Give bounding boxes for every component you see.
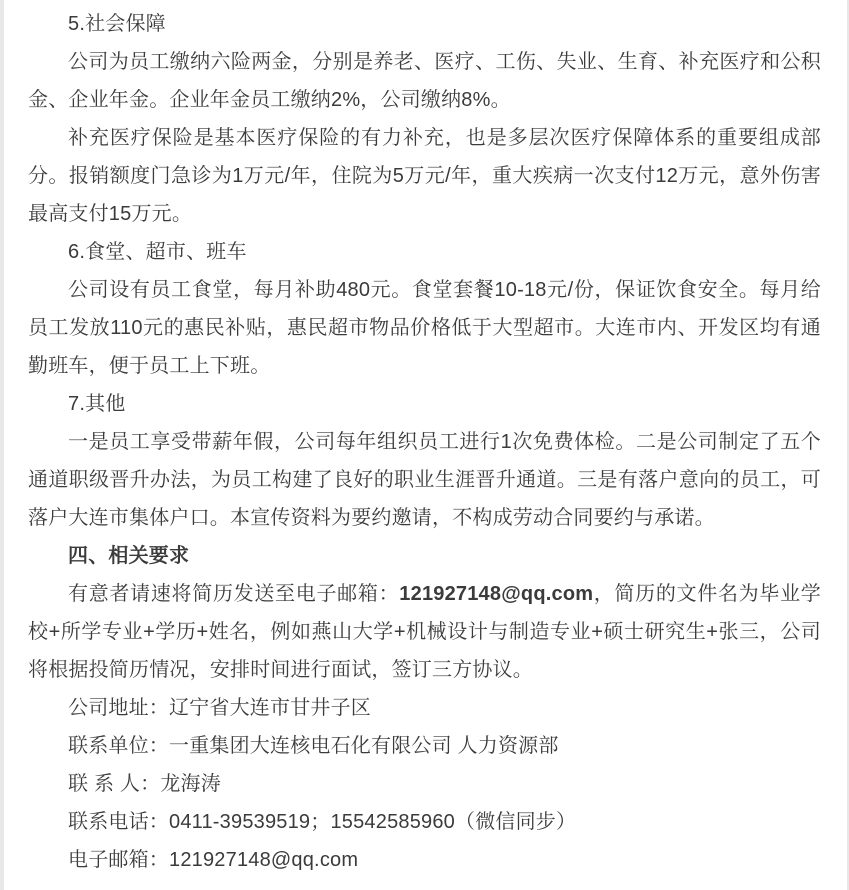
heading-others: 7.其他: [28, 385, 821, 423]
heading-canteen-market-shuttle: 6.食堂、超市、班车: [28, 233, 821, 271]
para-insurance-overview: 公司为员工缴纳六险两金，分别是养老、医疗、工伤、失业、生育、补充医疗和公积金、企…: [28, 43, 821, 119]
para-application-instructions: 有意者请速将简历发送至电子邮箱：121927148@qq.com，简历的文件名为…: [28, 575, 821, 689]
para-contact-unit: 联系单位：一重集团大连核电石化有限公司 人力资源部: [28, 727, 821, 765]
heading-requirements: 四、相关要求: [28, 537, 821, 575]
application-email: 121927148@qq.com: [399, 583, 593, 605]
application-instructions-pre: 有意者请速将简历发送至电子邮箱：: [68, 583, 399, 605]
para-canteen-details: 公司设有员工食堂，每月补助480元。食堂套餐10-18元/份，保证饮食安全。每月…: [28, 271, 821, 385]
para-contact-phone: 联系电话：0411-39539519；15542585960（微信同步）: [28, 803, 821, 841]
para-supplementary-medical: 补充医疗保险是基本医疗保险的有力补充，也是多层次医疗保障体系的重要组成部分。报销…: [28, 119, 821, 233]
document-page: 5.社会保障 公司为员工缴纳六险两金，分别是养老、医疗、工伤、失业、生育、补充医…: [4, 0, 847, 890]
para-company-address: 公司地址：辽宁省大连市甘井子区: [28, 689, 821, 727]
heading-social-security: 5.社会保障: [28, 5, 821, 43]
para-others-details: 一是员工享受带薪年假，公司每年组织员工进行1次免费体检。二是公司制定了五个通道职…: [28, 423, 821, 537]
para-contact-email: 电子邮箱：121927148@qq.com: [28, 841, 821, 879]
para-contact-person: 联 系 人：龙海涛: [28, 765, 821, 803]
